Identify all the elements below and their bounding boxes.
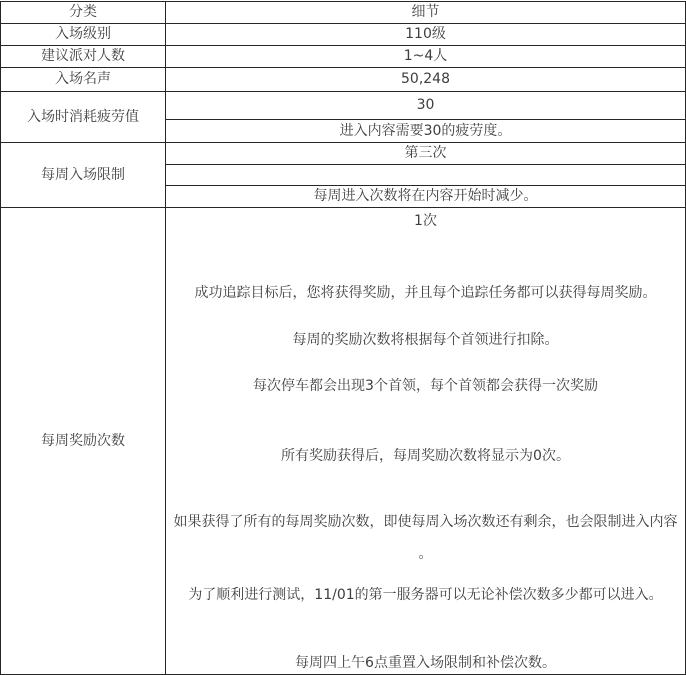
header-category-cell: 分类 [1, 2, 166, 24]
weekly-reward-paragraph: 所有奖励获得后，每周奖励次数将显示为0次。 [166, 446, 685, 466]
weekly-entry-limit-note: 每周进入次数将在内容开始时减少。 [166, 186, 686, 208]
weekly-reward-paragraph: 成功追踪目标后，您将获得奖励，并且每个追踪任务都可以获得每周奖励。 [166, 283, 685, 303]
fatigue-note: 进入内容需要30的疲劳度。 [166, 120, 686, 143]
weekly-entry-limit-value: 第三次 [166, 143, 686, 165]
weekly-reward-paragraph: 如果获得了所有的每周奖励次数，即使每周入场次数还有剩余，也会限制进入内容 。 [166, 506, 685, 570]
weekly-reward-paragraph: 每次停车都会出现3个首领，每个首领都会获得一次奖励 [166, 376, 685, 396]
table-row: 每周奖励次数 1次 成功追踪目标后，您将获得奖励，并且每个追踪任务都可以获得每周… [1, 208, 686, 675]
party-size-label: 建议派对人数 [1, 46, 166, 68]
page: 分类 细节 入场级别 110级 建议派对人数 1~4人 入场名声 50,248 … [0, 0, 686, 675]
weekly-entry-limit-empty [166, 165, 686, 186]
weekly-reward-detail-cell: 1次 成功追踪目标后，您将获得奖励，并且每个追踪任务都可以获得每周奖励。 每周的… [166, 208, 686, 675]
weekly-reward-paragraph: 每周四上午6点重置入场限制和补偿次数。 [166, 653, 685, 673]
entry-fame-value: 50,248 [166, 68, 686, 92]
header-detail-cell: 细节 [166, 2, 686, 24]
table-row: 入场级别 110级 [1, 24, 686, 46]
table-row: 入场时消耗疲劳值 30 [1, 92, 686, 120]
weekly-reward-paragraph: 每周的奖励次数将根据每个首领进行扣除。 [166, 330, 685, 350]
entry-level-value: 110级 [166, 24, 686, 46]
weekly-reward-label: 每周奖励次数 [1, 208, 166, 675]
table-row: 入场名声 50,248 [1, 68, 686, 92]
weekly-reward-paragraph: 为了顺利进行测试，11/01的第一服务器可以无论补偿次数多少都可以进入。 [166, 585, 685, 605]
table-header-row: 分类 细节 [1, 2, 686, 24]
party-size-value: 1~4人 [166, 46, 686, 68]
entry-fame-label: 入场名声 [1, 68, 166, 92]
fatigue-value: 30 [166, 92, 686, 120]
entry-level-label: 入场级别 [1, 24, 166, 46]
table-row: 建议派对人数 1~4人 [1, 46, 686, 68]
fatigue-label: 入场时消耗疲劳值 [1, 92, 166, 143]
weekly-reward-paragraph: 1次 [166, 211, 685, 231]
table-row: 每周入场限制 第三次 [1, 143, 686, 165]
weekly-entry-limit-label: 每周入场限制 [1, 143, 166, 208]
dungeon-info-table: 分类 细节 入场级别 110级 建议派对人数 1~4人 入场名声 50,248 … [0, 1, 686, 675]
